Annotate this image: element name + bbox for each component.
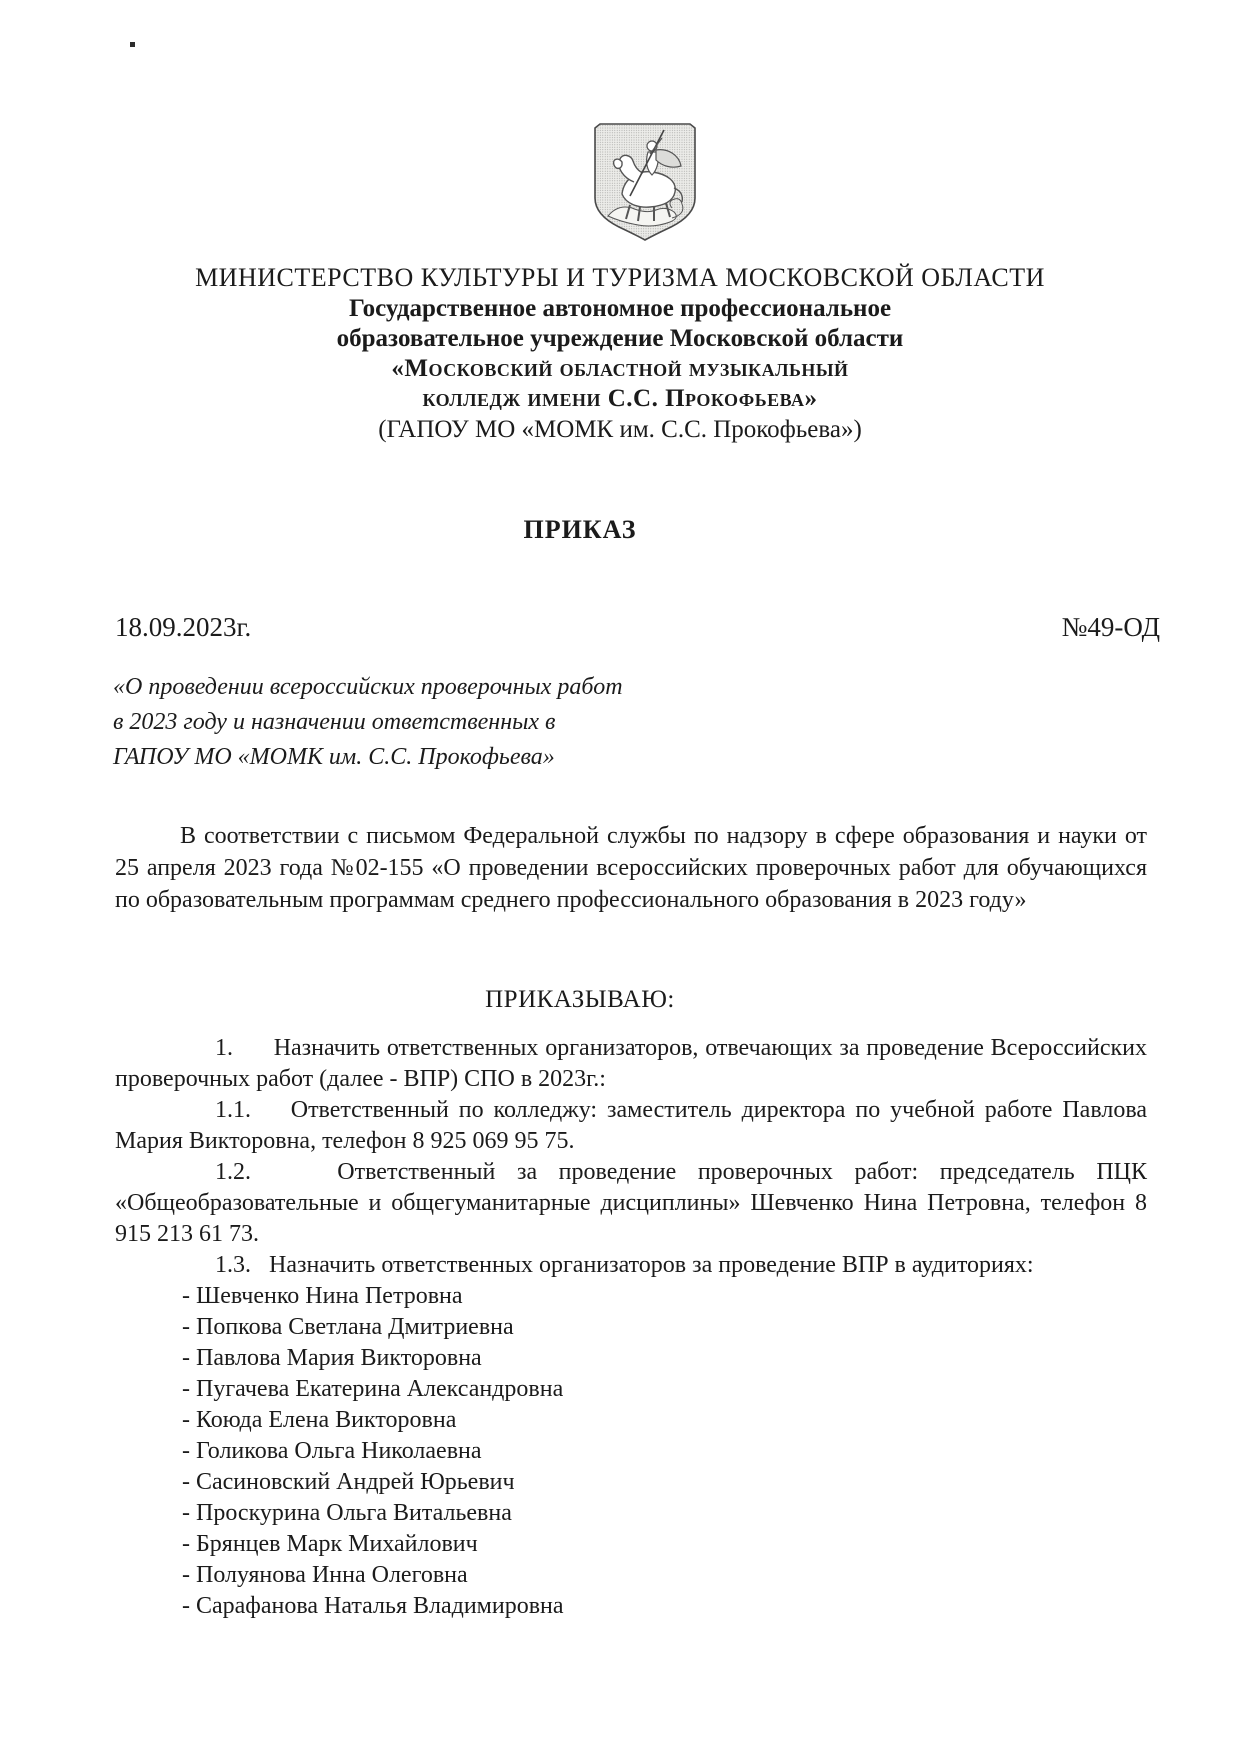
item-1: 1. Назначить ответственных организаторов… bbox=[115, 1033, 1147, 1095]
item-1-1: 1.1. Ответственный по колледжу: заместит… bbox=[115, 1095, 1147, 1157]
scanned-order-page: МИНИСТЕРСТВО КУЛЬТУРЫ И ТУРИЗМА МОСКОВСК… bbox=[0, 0, 1240, 1753]
list-item: - Сасиновский Андрей Юрьевич bbox=[182, 1467, 1147, 1498]
list-item: - Шевченко Нина Петровна bbox=[182, 1281, 1147, 1312]
order-title: ПРИКАЗ bbox=[0, 514, 1160, 546]
order-subject: «О проведении всероссийских проверочных … bbox=[113, 670, 733, 775]
list-item: - Проскурина Ольга Витальевна bbox=[182, 1498, 1147, 1529]
order-items: 1. Назначить ответственных организаторов… bbox=[115, 1033, 1147, 1622]
list-item: - Голикова Ольга Николаевна bbox=[182, 1436, 1147, 1467]
org-name-line-2: образовательное учреждение Московской об… bbox=[0, 324, 1240, 354]
list-item: - Павлова Мария Викторовна bbox=[182, 1343, 1147, 1374]
list-item: - Сарафанова Наталья Владимировна bbox=[182, 1591, 1147, 1622]
org-name-line-1: Государственное автономное профессиональ… bbox=[0, 294, 1240, 324]
subject-line-3: ГАПОУ МО «МОМК им. С.С. Прокофьева» bbox=[113, 740, 733, 775]
intro-paragraph: В соответствии с письмом Федеральной слу… bbox=[115, 820, 1147, 916]
moscow-oblast-coat-of-arms-icon bbox=[592, 122, 698, 242]
list-item: - Полуянова Инна Олеговна bbox=[182, 1560, 1147, 1591]
list-item: - Коюда Елена Викторовна bbox=[182, 1405, 1147, 1436]
ministry-name: МИНИСТЕРСТВО КУЛЬТУРЫ И ТУРИЗМА МОСКОВСК… bbox=[0, 262, 1240, 294]
order-date: 18.09.2023г. bbox=[115, 611, 251, 644]
org-name-caps-line-2: колледж имени С.С. Прокофьева» bbox=[0, 384, 1240, 414]
scan-artifact-dot bbox=[130, 42, 135, 47]
list-item: - Попкова Светлана Дмитриевна bbox=[182, 1312, 1147, 1343]
subject-line-2: в 2023 году и назначении ответственных в bbox=[113, 705, 733, 740]
list-item: - Брянцев Марк Михайлович bbox=[182, 1529, 1147, 1560]
list-item: - Пугачева Екатерина Александровна bbox=[182, 1374, 1147, 1405]
resolution-heading: ПРИКАЗЫВАЮ: bbox=[0, 984, 1160, 1016]
subject-line-1: «О проведении всероссийских проверочных … bbox=[113, 670, 733, 705]
org-abbreviation: (ГАПОУ МО «МОМК им. С.С. Прокофьева») bbox=[0, 414, 1240, 446]
org-name-caps-line-1: «Московский областной музыкальный bbox=[0, 354, 1240, 384]
auditor-organizers-list: - Шевченко Нина Петровна - Попкова Светл… bbox=[115, 1281, 1147, 1622]
date-number-row: 18.09.2023г. №49-ОД bbox=[115, 611, 1160, 644]
item-1-2: 1.2. Ответственный за проведение проверо… bbox=[115, 1157, 1147, 1250]
order-number: №49-ОД bbox=[1062, 611, 1160, 644]
letterhead: МИНИСТЕРСТВО КУЛЬТУРЫ И ТУРИЗМА МОСКОВСК… bbox=[0, 262, 1240, 446]
item-1-3: 1.3. Назначить ответственных организатор… bbox=[115, 1250, 1147, 1281]
